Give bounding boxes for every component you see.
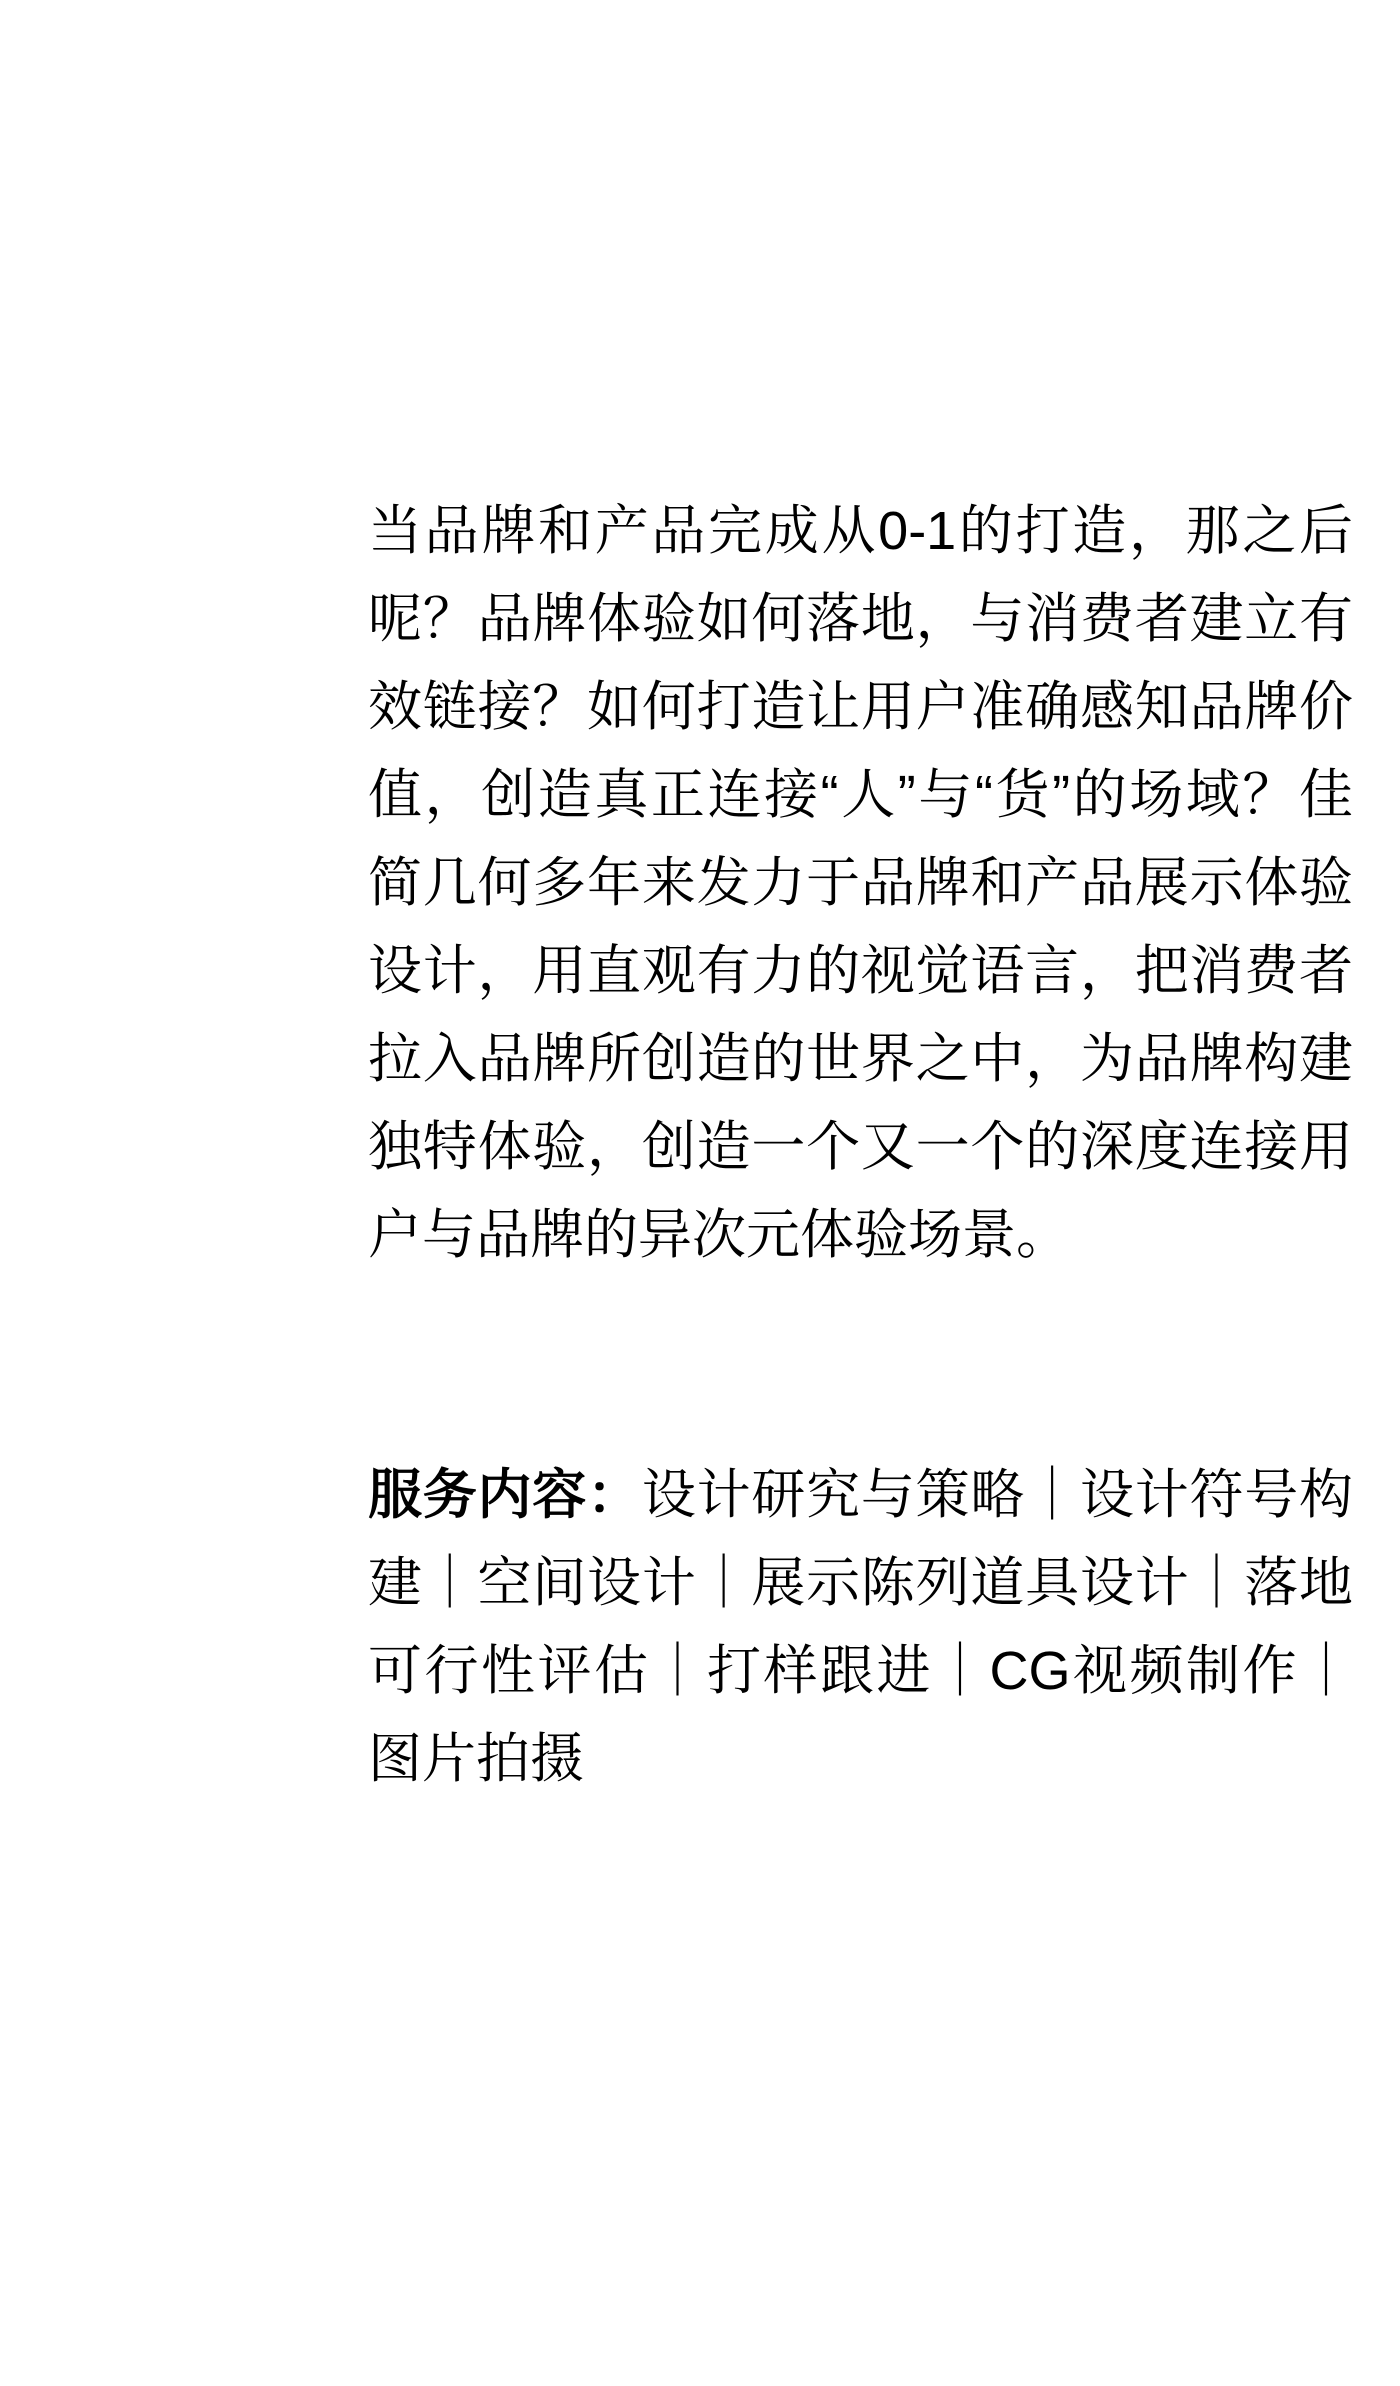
services-paragraph: 服务内容：设计研究与策略｜设计符号构建｜空间设计｜展示陈列道具设计｜落地可行性评… [368,1451,1353,1803]
services-label: 服务内容： [368,1465,642,1525]
page: { "page": { "background_color": "#ffffff… [0,0,1400,2386]
intro-paragraph: 当品牌和产品完成从0-1的打造，那之后呢？品牌体验如何落地，与消费者建立有效链接… [368,487,1353,1279]
